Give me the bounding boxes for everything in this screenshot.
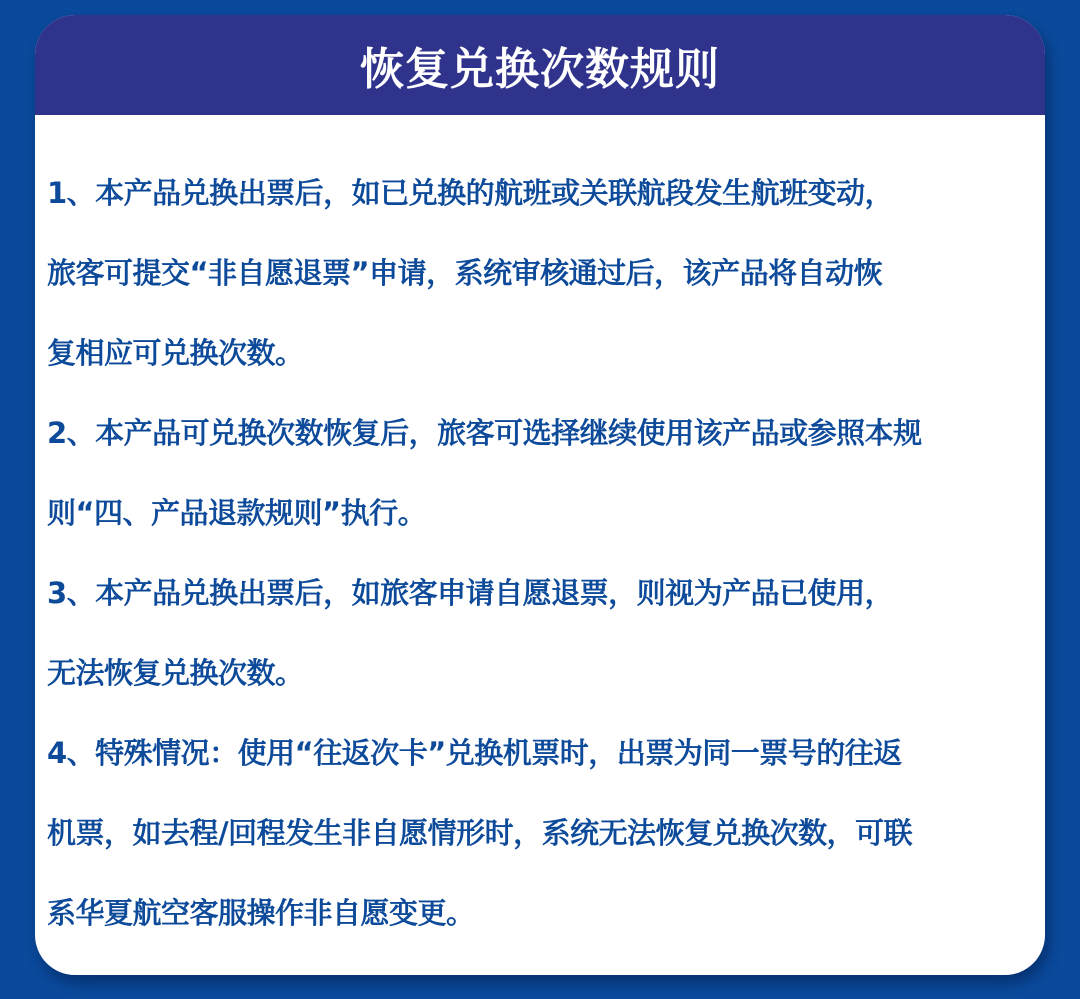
- rule-text-line: 机票，如去程/回程发生非自愿情形时，系统无法恢复兑换次数，可联: [47, 793, 1033, 873]
- rule-3: 3、本产品兑换出票后，如旅客申请自愿退票，则视为产品已使用， 无法恢复兑换次数。: [47, 553, 1033, 713]
- rule-1: 1、本产品兑换出票后，如已兑换的航班或关联航段发生航班变动， 旅客可提交“非自愿…: [47, 153, 1033, 393]
- rule-2: 2、本产品可兑换次数恢复后，旅客可选择继续使用该产品或参照本规 则“四、产品退款…: [47, 393, 1033, 553]
- rule-text-line: 1、本产品兑换出票后，如已兑换的航班或关联航段发生航班变动，: [47, 153, 1033, 233]
- rule-text-line: 则“四、产品退款规则”执行。: [47, 473, 1033, 553]
- rule-text-line: 无法恢复兑换次数。: [47, 633, 1033, 713]
- card-header: 恢复兑换次数规则: [35, 15, 1045, 115]
- rules-content: 1、本产品兑换出票后，如已兑换的航班或关联航段发生航班变动， 旅客可提交“非自愿…: [35, 115, 1045, 953]
- rule-4: 4、特殊情况：使用“往返次卡”兑换机票时，出票为同一票号的往返 机票，如去程/回…: [47, 713, 1033, 953]
- rule-text-line: 3、本产品兑换出票后，如旅客申请自愿退票，则视为产品已使用，: [47, 553, 1033, 633]
- rule-text-line: 4、特殊情况：使用“往返次卡”兑换机票时，出票为同一票号的往返: [47, 713, 1033, 793]
- rule-text-line: 2、本产品可兑换次数恢复后，旅客可选择继续使用该产品或参照本规: [47, 393, 1033, 473]
- rule-text-line: 旅客可提交“非自愿退票”申请，系统审核通过后，该产品将自动恢: [47, 233, 1033, 313]
- rule-text-line: 复相应可兑换次数。: [47, 313, 1033, 393]
- page-title: 恢复兑换次数规则: [360, 33, 720, 97]
- rules-card: 恢复兑换次数规则 1、本产品兑换出票后，如已兑换的航班或关联航段发生航班变动， …: [35, 15, 1045, 975]
- rule-text-line: 系华夏航空客服操作非自愿变更。: [47, 873, 1033, 953]
